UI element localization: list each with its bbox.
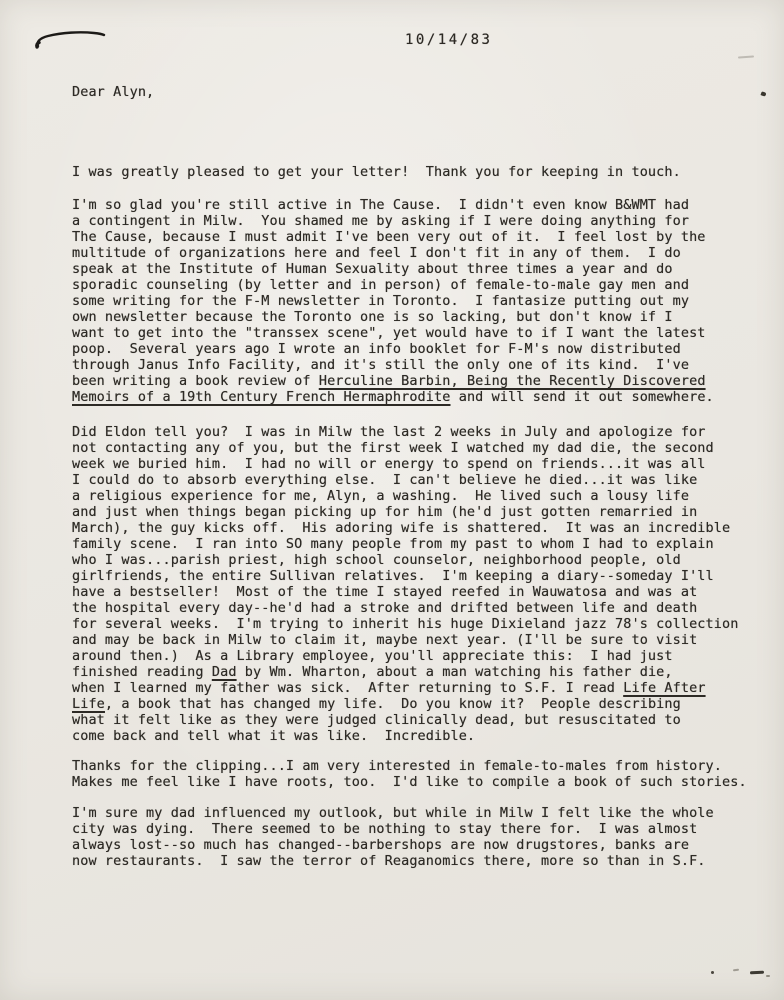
letter-text: around then.) As a Library employee, you… xyxy=(72,648,673,664)
letter-text: girlfriends, the entire Sullivan relativ… xyxy=(72,568,714,584)
letter-text: I'm so glad you're still active in The C… xyxy=(72,197,689,213)
letter-text: Did Eldon tell you? I was in Milw the la… xyxy=(72,424,706,440)
letter-text: Thanks for the clipping...I am very inte… xyxy=(72,758,722,774)
letter-line: family scene. I ran into SO many people … xyxy=(72,536,772,552)
paragraph-4: Thanks for the clipping...I am very inte… xyxy=(72,758,772,790)
letter-line: the hospital every day--he'd had a strok… xyxy=(72,600,772,616)
letter-text: Makes me feel like I have roots, too. I'… xyxy=(72,774,747,790)
letter-line: multitude of organizations here and feel… xyxy=(72,245,772,261)
letter-line: now restaurants. I saw the terror of Rea… xyxy=(72,853,772,869)
pen-stroke-mark xyxy=(28,26,112,54)
letter-text: poop. Several years ago I wrote an info … xyxy=(72,341,681,357)
letter-text: multitude of organizations here and feel… xyxy=(72,245,681,261)
letter-line: a religious experience for me, Alyn, a w… xyxy=(72,488,772,504)
paper-speck xyxy=(750,971,764,975)
letter-line: Did Eldon tell you? I was in Milw the la… xyxy=(72,424,772,440)
underlined-title-text: Dad xyxy=(212,664,237,680)
letter-text: The Cause, because I must admit I've bee… xyxy=(72,229,706,245)
letter-line: and may be back in Milw to claim it, may… xyxy=(72,632,772,648)
letter-date: 10/14/83 xyxy=(405,33,492,48)
letter-line: come back and tell what it was like. Inc… xyxy=(72,728,772,744)
paragraph-1: I was greatly pleased to get your letter… xyxy=(72,164,772,180)
letter-line: a contingent in Milw. You shamed me by a… xyxy=(72,213,772,229)
paper-speck xyxy=(711,971,714,974)
letter-line: want to get into the "transsex scene", y… xyxy=(72,325,772,341)
letter-text: not contacting any of you, but the first… xyxy=(72,440,714,456)
letter-text: by Wm. Wharton, about a man watching his… xyxy=(237,664,673,680)
letter-line: always lost--so much has changed--barber… xyxy=(72,837,772,853)
letter-line: through Janus Info Facility, and it's st… xyxy=(72,357,772,373)
underlined-title-text: Life After xyxy=(623,680,705,696)
letter-text: always lost--so much has changed--barber… xyxy=(72,837,689,853)
letter-text: when I learned my father was sick. After… xyxy=(72,680,623,696)
letter-line: I'm sure my dad influenced my outlook, b… xyxy=(72,805,772,821)
letter-text: and just when things began picking up fo… xyxy=(72,504,697,520)
letter-text: some writing for the F-M newsletter in T… xyxy=(72,293,689,309)
letter-text: I'm sure my dad influenced my outlook, b… xyxy=(72,805,714,821)
letter-text: I was greatly pleased to get your letter… xyxy=(72,164,681,180)
letter-text: for several weeks. I'm trying to inherit… xyxy=(72,616,738,632)
paragraph-5: I'm sure my dad influenced my outlook, b… xyxy=(72,805,772,869)
letter-text: come back and tell what it was like. Inc… xyxy=(72,728,475,744)
letter-text: family scene. I ran into SO many people … xyxy=(72,536,714,552)
letter-line: who I was...parish priest, high school c… xyxy=(72,552,772,568)
letter-text: want to get into the "transsex scene", y… xyxy=(72,325,706,341)
letter-line: been writing a book review of Herculine … xyxy=(72,373,772,389)
letter-line: I'm so glad you're still active in The C… xyxy=(72,197,772,213)
letter-line: I was greatly pleased to get your letter… xyxy=(72,164,772,180)
underlined-title-text: Herculine Barbin, Being the Recently Dis… xyxy=(319,373,706,389)
underlined-title-text: Life xyxy=(72,696,105,712)
letter-text: who I was...parish priest, high school c… xyxy=(72,552,681,568)
letter-text: and may be back in Milw to claim it, may… xyxy=(72,632,697,648)
letter-line: finished reading Dad by Wm. Wharton, abo… xyxy=(72,664,772,680)
paragraph-3: Did Eldon tell you? I was in Milw the la… xyxy=(72,424,772,744)
letter-line: not contacting any of you, but the first… xyxy=(72,440,772,456)
letter-line: own newsletter because the Toronto one i… xyxy=(72,309,772,325)
letter-text: finished reading xyxy=(72,664,212,680)
letter-line: March), the guy kicks off. His adoring w… xyxy=(72,520,772,536)
letter-line: I could do to absorb everything else. I … xyxy=(72,472,772,488)
letter-text: sporadic counseling (by letter and in pe… xyxy=(72,277,689,293)
letter-text: a religious experience for me, Alyn, a w… xyxy=(72,488,689,504)
letter-line: week we buried him. I had no will or ene… xyxy=(72,456,772,472)
letter-text: own newsletter because the Toronto one i… xyxy=(72,309,673,325)
letter-text: I could do to absorb everything else. I … xyxy=(72,472,697,488)
letter-line: girlfriends, the entire Sullivan relativ… xyxy=(72,568,772,584)
paragraph-2: I'm so glad you're still active in The C… xyxy=(72,197,772,405)
letter-line: speak at the Institute of Human Sexualit… xyxy=(72,261,772,277)
letter-text: , a book that has changed my life. Do yo… xyxy=(105,696,681,712)
salutation: Dear Alyn, xyxy=(72,84,772,100)
letter-text: a contingent in Milw. You shamed me by a… xyxy=(72,213,689,229)
letter-line: and just when things began picking up fo… xyxy=(72,504,772,520)
letter-line: city was dying. There seemed to be nothi… xyxy=(72,821,772,837)
letter-text: have a bestseller! Most of the time I st… xyxy=(72,584,697,600)
letter-text: through Janus Info Facility, and it's st… xyxy=(72,357,689,373)
letter-line: Thanks for the clipping...I am very inte… xyxy=(72,758,772,774)
letter-text: speak at the Institute of Human Sexualit… xyxy=(72,261,673,277)
letter-line: sporadic counseling (by letter and in pe… xyxy=(72,277,772,293)
letter-line: Memoirs of a 19th Century French Hermaph… xyxy=(72,389,772,405)
letter-page: 10/14/83 Dear Alyn, I was greatly please… xyxy=(0,0,784,1000)
letter-text: now restaurants. I saw the terror of Rea… xyxy=(72,853,706,869)
paper-speck xyxy=(766,975,770,977)
underlined-title-text: Memoirs of a 19th Century French Hermaph… xyxy=(72,389,450,405)
letter-line: when I learned my father was sick. After… xyxy=(72,680,772,696)
letter-line: have a bestseller! Most of the time I st… xyxy=(72,584,772,600)
letter-line: Makes me feel like I have roots, too. I'… xyxy=(72,774,772,790)
letter-text: been writing a book review of xyxy=(72,373,319,389)
letter-line: The Cause, because I must admit I've bee… xyxy=(72,229,772,245)
letter-text: what it felt like as they were judged cl… xyxy=(72,712,681,728)
letter-text: week we buried him. I had no will or ene… xyxy=(72,456,706,472)
paper-speck xyxy=(733,969,739,972)
letter-line: poop. Several years ago I wrote an info … xyxy=(72,341,772,357)
letter-text: the hospital every day--he'd had a strok… xyxy=(72,600,697,616)
letter-body: Dear Alyn, I was greatly pleased to get … xyxy=(72,52,772,869)
letter-text: March), the guy kicks off. His adoring w… xyxy=(72,520,730,536)
letter-line: Life, a book that has changed my life. D… xyxy=(72,696,772,712)
letter-line: around then.) As a Library employee, you… xyxy=(72,648,772,664)
letter-text: and will send it out somewhere. xyxy=(450,389,713,405)
letter-line: for several weeks. I'm trying to inherit… xyxy=(72,616,772,632)
letter-line: what it felt like as they were judged cl… xyxy=(72,712,772,728)
letter-text: city was dying. There seemed to be nothi… xyxy=(72,821,697,837)
letter-line: some writing for the F-M newsletter in T… xyxy=(72,293,772,309)
